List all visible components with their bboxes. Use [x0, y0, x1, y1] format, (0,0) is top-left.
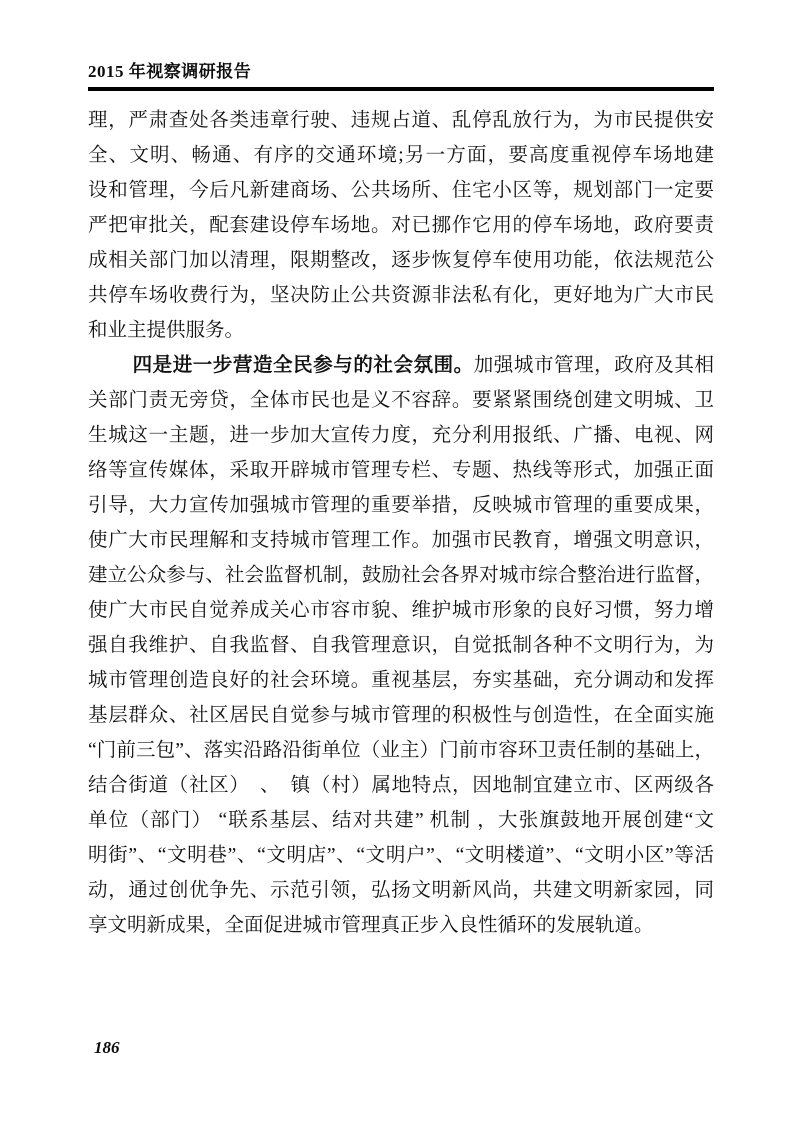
paragraph-2: 四是进一步营造全民参与的社会氛围。加强城市管理，政府及其相 关部门责无旁贷，全体…	[88, 348, 714, 943]
document-page: 2015 年视察调研报告 理，严肃查处各类违章行驶、违规占道、乱停乱放行为，为市…	[0, 0, 803, 1133]
paragraph-1: 理，严肃查处各类违章行驶、违规占道、乱停乱放行为，为市民提供安 全、文明、畅通、…	[88, 103, 714, 348]
body-line: 成相关部门加以清理，限期整改，逐步恢复停车使用功能，依法规范公	[88, 243, 714, 278]
body-line: 和业主提供服务。	[88, 313, 714, 348]
body-line: 明街”、“文明巷”、“文明店”、“文明户”、“文明楼道”、“文明小区”等活	[88, 838, 714, 873]
header-rule	[88, 87, 714, 91]
page-number: 186	[94, 1038, 120, 1057]
body-line: 理，严肃查处各类违章行驶、违规占道、乱停乱放行为，为市民提供安	[88, 103, 714, 138]
body-line: 生城这一主题，进一步加大宣传力度，充分利用报纸、广播、电视、网	[88, 418, 714, 453]
body-line: 四是进一步营造全民参与的社会氛围。加强城市管理，政府及其相	[88, 348, 714, 383]
body-line: 共停车场收费行为，坚决防止公共资源非法私有化，更好地为广大市民	[88, 278, 714, 313]
body-line: 单位（部门） “联系基层、结对共建” 机制 ，大张旗鼓地开展创建“文	[88, 803, 714, 838]
page-footer: 186	[94, 1038, 120, 1058]
body-line: 全、文明、畅通、有序的交通环境;另一方面，要高度重视停车场地建	[88, 138, 714, 173]
body-line: 络等宣传媒体，采取开辟城市管理专栏、专题、热线等形式，加强正面	[88, 453, 714, 488]
paragraph-lead-rest: 加强城市管理，政府及其相	[474, 355, 714, 376]
body-line: 基层群众、社区居民自觉参与城市管理的积极性与创造性，在全面实施	[88, 698, 714, 733]
body-line: 严把审批关，配套建设停车场地。对已挪作它用的停车场地，政府要责	[88, 208, 714, 243]
body-line: “门前三包”、落实沿路沿街单位（业主）门前市容环卫责任制的基础上，	[88, 733, 714, 768]
body-line: 设和管理，今后凡新建商场、公共场所、住宅小区等，规划部门一定要	[88, 173, 714, 208]
body-line: 使广大市民理解和支持城市管理工作。加强市民教育，增强文明意识，	[88, 523, 714, 558]
header-title: 2015 年视察调研报告	[88, 60, 714, 84]
body-line: 城市管理创造良好的社会环境。重视基层，夯实基础，充分调动和发挥	[88, 663, 714, 698]
body-line: 引导，大力宣传加强城市管理的重要举措，反映城市管理的重要成果，	[88, 488, 714, 523]
body-line: 结合街道（社区） 、 镇（村）属地特点，因地制宜建立市、区两级各	[88, 768, 714, 803]
body-line: 享文明新成果，全面促进城市管理真正步入良性循环的发展轨道。	[88, 908, 714, 943]
body-line: 使广大市民自觉养成关心市容市貌、维护城市形象的良好习惯，努力增	[88, 593, 714, 628]
body-line: 强自我维护、自我监督、自我管理意识，自觉抵制各种不文明行为，为	[88, 628, 714, 663]
paragraph-lead-bold: 四是进一步营造全民参与的社会氛围。	[132, 355, 474, 376]
document-body: 理，严肃查处各类违章行驶、违规占道、乱停乱放行为，为市民提供安 全、文明、畅通、…	[88, 103, 714, 943]
page-header: 2015 年视察调研报告	[88, 60, 714, 91]
body-line: 动，通过创优争先、示范引领，弘扬文明新风尚，共建文明新家园，同	[88, 873, 714, 908]
body-line: 建立公众参与、社会监督机制，鼓励社会各界对城市综合整治进行监督，	[88, 558, 714, 593]
body-line: 关部门责无旁贷，全体市民也是义不容辞。要紧紧围绕创建文明城、卫	[88, 383, 714, 418]
